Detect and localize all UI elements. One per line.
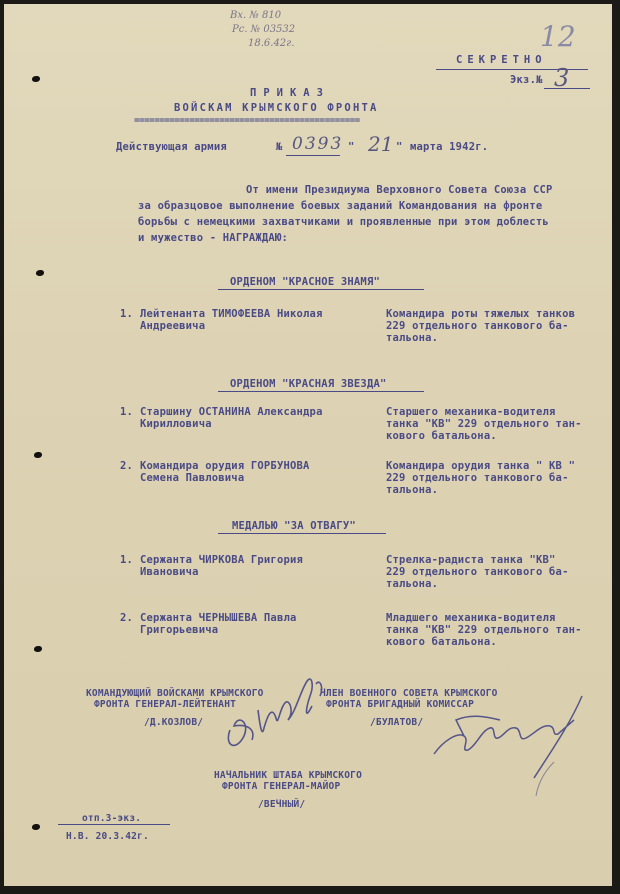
section-heading: ОРДЕНОМ "КРАСНАЯ ЗВЕЗДА" (230, 378, 387, 391)
signatory-title: ФРОНТА ГЕНЕРАЛ-МАЙОР (222, 781, 340, 792)
order-month-year: марта 1942г. (410, 141, 488, 154)
awardee-name: Григорьевича (140, 624, 218, 637)
document-title: ПРИКАЗ (250, 87, 330, 100)
section-heading: МЕДАЛЬЮ "ЗА ОТВАГУ" (232, 520, 356, 533)
section-heading-underline (218, 391, 424, 392)
order-day: 21 (368, 132, 393, 156)
awardee-position: тальона. (386, 332, 438, 345)
pencil-stroke (524, 760, 564, 800)
awardee-number: 2. (120, 460, 133, 473)
signature-bulatov (424, 680, 594, 790)
classification-label: СЕКРЕТНО (456, 54, 547, 67)
section-heading-underline (218, 289, 424, 290)
document-page: Вх. № 810 Рс. № 03532 18.6.42г. 12 СЕКРЕ… (4, 4, 612, 886)
signatory-title: НАЧАЛЬНИК ШТАБА КРЫМСКОГО (214, 770, 362, 781)
awardee-name: Семена Павловича (140, 472, 244, 485)
preamble-line: От имени Президиума Верховного Совета Со… (246, 184, 553, 197)
signatory-name: /Д.КОЗЛОВ/ (144, 716, 203, 729)
awardee-number: 1. (120, 308, 133, 321)
awardee-position: тальона. (386, 484, 438, 497)
preamble-line: и мужество - НАГРАЖДАЮ: (138, 232, 288, 245)
archive-mark: Рс. № 03532 (232, 24, 295, 36)
typist-date: Н.В. 20.3.42г. (66, 830, 149, 843)
awardee-position: кового батальона. (386, 636, 497, 649)
preamble-line: борьбы с немецкими захватчиками и проявл… (138, 216, 549, 229)
awardee-position: кового батальона. (386, 430, 497, 443)
preamble-line: за образцовое выполнение боевых заданий … (138, 200, 542, 213)
archive-mark: 18.6.42г. (248, 38, 294, 50)
order-place: Действующая армия (116, 141, 227, 154)
copy-underline (544, 88, 590, 89)
punch-hole (32, 76, 40, 82)
punch-hole (36, 270, 44, 276)
document-subtitle: ВОЙСКАМ КРЫМСКОГО ФРОНТА (174, 102, 379, 115)
signatory-name: /ВЕЧНЫЙ/ (258, 798, 305, 811)
awardee-number: 1. (120, 406, 133, 419)
signatory-title: ФРОНТА ГЕНЕРАЛ-ЛЕЙТЕНАНТ (94, 699, 236, 710)
awardee-name: Кирилловича (140, 418, 212, 431)
awardee-name: Ивановича (140, 566, 199, 579)
section-heading-underline (218, 533, 386, 534)
title-divider: ========================================… (134, 115, 360, 128)
awardee-name: Андреевича (140, 320, 205, 333)
order-number: 0393 (292, 134, 343, 154)
awardee-number: 1. (120, 554, 133, 567)
copies-underline (58, 824, 170, 825)
signatory-name: /БУЛАТОВ/ (370, 716, 423, 729)
archive-mark: Вх. № 810 (230, 10, 281, 22)
signature-kozlov (216, 666, 336, 756)
quote-close: " (396, 141, 403, 154)
copy-label: Экз.№ (510, 74, 543, 87)
order-number-prefix: № (276, 141, 283, 154)
corner-handwritten-mark: 12 (540, 20, 576, 53)
order-number-underline (286, 155, 340, 156)
quote-open: " (348, 141, 355, 154)
punch-hole (34, 452, 42, 458)
section-heading: ОРДЕНОМ "КРАСНОЕ ЗНАМЯ" (230, 276, 380, 289)
awardee-number: 2. (120, 612, 133, 625)
punch-hole (32, 824, 40, 830)
awardee-position: тальона. (386, 578, 438, 591)
punch-hole (34, 646, 42, 652)
